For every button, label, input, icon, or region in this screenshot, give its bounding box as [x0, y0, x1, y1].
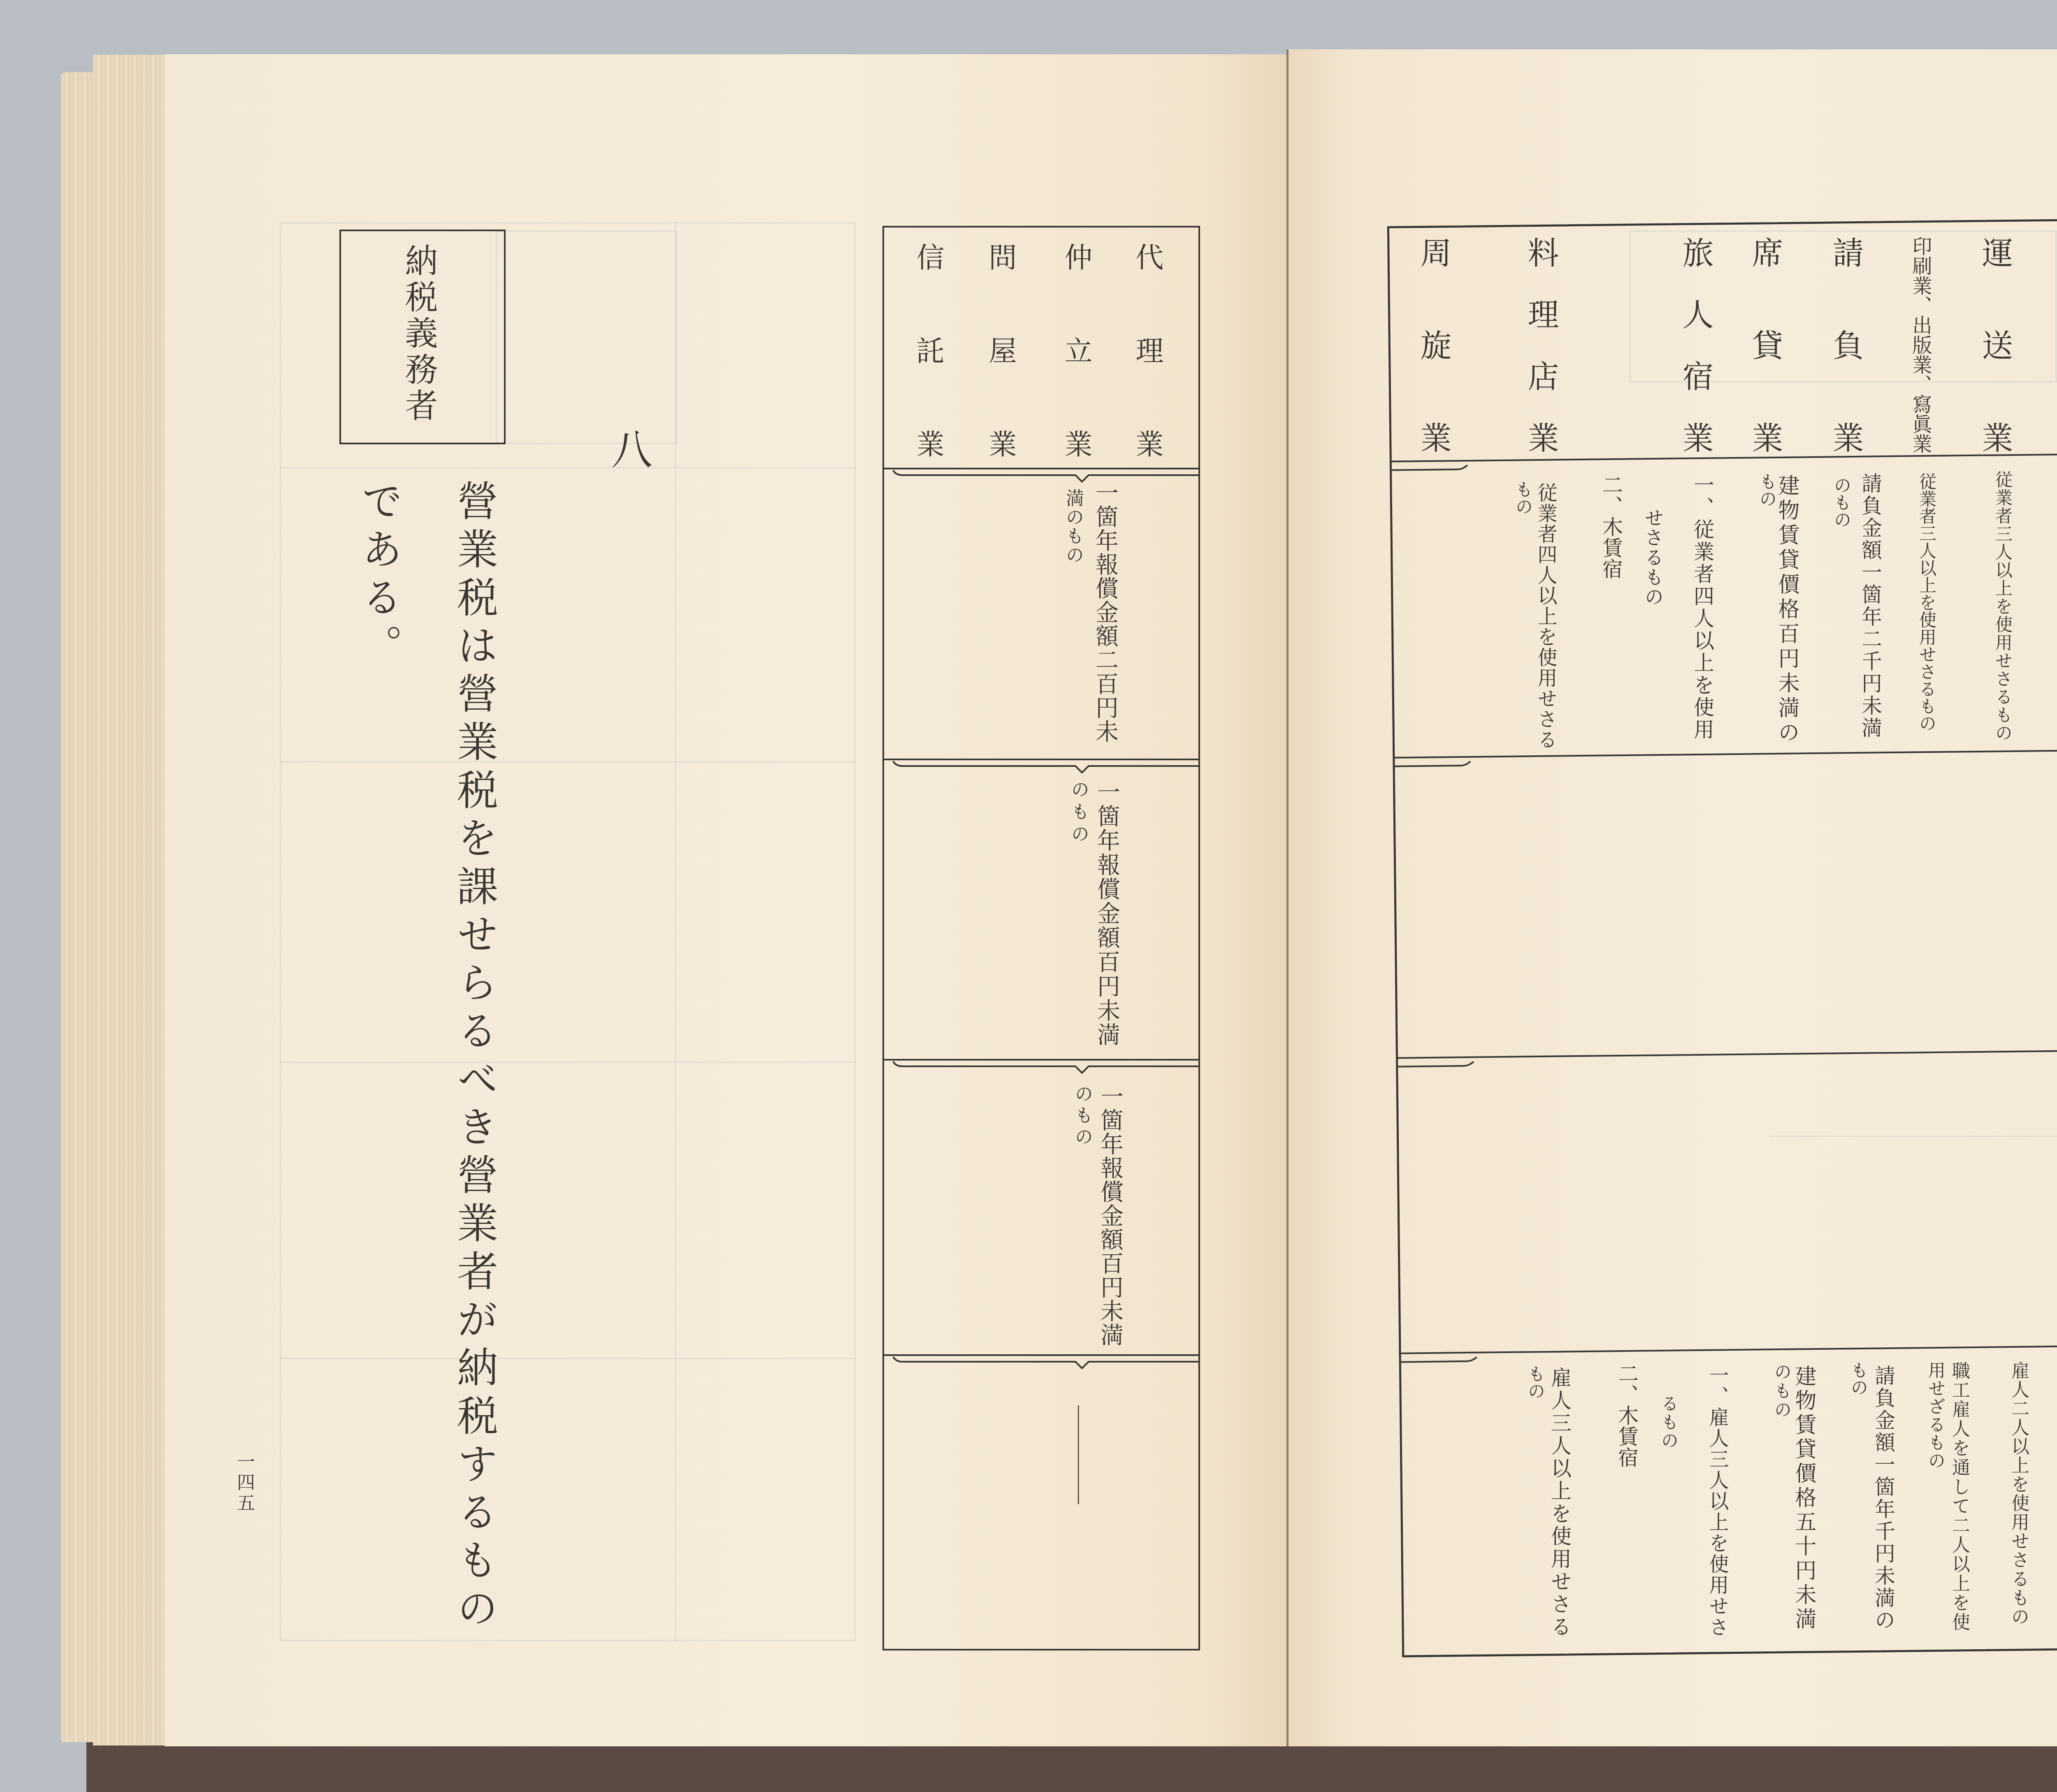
table-cell-line: のもの — [1069, 780, 1087, 847]
table-cell-line: 一箇年報償金額百円未満 — [1095, 780, 1118, 1047]
gutter-fold — [1286, 49, 1289, 1746]
table-cell-line: 建物賃貸價格五十円未満 — [1793, 1365, 1814, 1632]
column-header-inn: 旅人宿業 — [1680, 237, 1711, 483]
table-cell-line: 請負金額一箇年千円未満の — [1873, 1365, 1894, 1632]
table-cell-line: 雇人三人以上を使用せさる — [1549, 1367, 1570, 1639]
table-cell-line: 二、木賃宿 — [1616, 1363, 1637, 1468]
column-header-restaurant: 料理店業 — [1525, 237, 1556, 483]
column-header-contracting: 請負業 — [1830, 237, 1861, 514]
left-page-stack-edge-inner — [93, 55, 165, 1746]
table-cell-line: 従業者四人以上を使用せさる — [1536, 483, 1556, 750]
page-number-left: 一四五 — [235, 1452, 253, 1514]
table-cell-line: 請負金額一箇年二千円未満 — [1860, 473, 1881, 739]
table-cell-line: 建物賃貸價格百円未満の — [1776, 474, 1797, 746]
table-cell-line: 一、雇人三人以上を使用せさ — [1707, 1365, 1727, 1638]
body-text-line: 營業税は營業税を課せらるべき營業者が納税するもの — [453, 480, 495, 1635]
not-applicable-dash: ―――――― — [1071, 1405, 1088, 1504]
table-cell-line: 従業者三人以上を使用せさるもの — [1994, 471, 2011, 742]
table-cell-line: 従業者三人以上を使用せさるもの — [1918, 473, 1935, 732]
table-cell-line: 職工雇人を通して二人以上を使 — [1950, 1361, 1968, 1632]
left-page-stack-edge — [61, 72, 94, 1742]
table-cell-line: 一箇年報償金額百円未満 — [1098, 1084, 1121, 1347]
table-cell-line: 用せざるもの — [1927, 1361, 1944, 1470]
table-cell-line: 二、木賃宿 — [1601, 474, 1621, 579]
column-header-agency: 代理業 — [1133, 243, 1161, 523]
column-header-wholesale: 問屋業 — [986, 243, 1014, 523]
table-cell-line: るもの — [1660, 1395, 1677, 1450]
bleed-through-ghost-line — [280, 1061, 856, 1063]
bleed-through-ghost-line — [280, 467, 856, 469]
table-cell-line: 雇人二人以上を使用せさるもの — [2009, 1361, 2027, 1626]
table-cell-line: 一、従業者四人以上を使用 — [1692, 474, 1713, 741]
column-header-brokerage: 周旋業 — [1418, 237, 1449, 514]
table-cell-line: もの — [1527, 1365, 1544, 1400]
table-cell-line: 満のもの — [1064, 489, 1082, 564]
table-cell-line: もの — [1850, 1361, 1867, 1396]
table-cell-line: のもの — [1773, 1363, 1790, 1420]
column-header-trust: 信託業 — [914, 243, 942, 523]
column-header-printing-publishing-photo: 印刷業、出版業、寫眞業 — [1911, 236, 1930, 453]
table-cell-line: のもの — [1833, 476, 1850, 528]
table-cell-line: せさるもの — [1644, 508, 1662, 607]
bleed-through-ghost-line — [280, 1358, 856, 1359]
bleed-through-ghost-line — [280, 761, 856, 763]
table-cell-line: もの — [1514, 480, 1532, 515]
body-text-line: である。 — [358, 480, 399, 672]
column-header-brokerage: 仲立業 — [1062, 243, 1090, 523]
table-cell-line: 一箇年報償金額二百円未 — [1094, 481, 1117, 743]
table-cell-line: もの — [1758, 473, 1776, 507]
bleed-through-ghost-line — [675, 222, 676, 1641]
section-number: 八 — [608, 428, 649, 469]
book-cover-bottom — [86, 1740, 2057, 1792]
section-heading: 納税義務者 — [402, 244, 435, 425]
table-cell-line: のもの — [1073, 1084, 1091, 1149]
